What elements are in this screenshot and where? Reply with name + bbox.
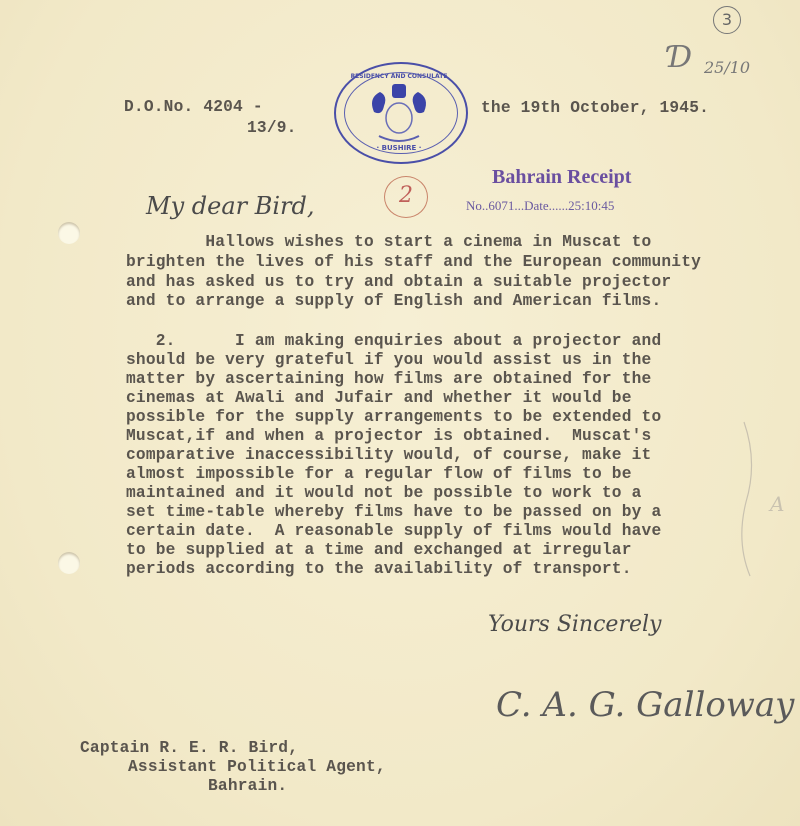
signature: C. A. G. Galloway (496, 685, 794, 725)
reference-number: D.O.No. 4204 - (124, 97, 263, 117)
paragraph-1-line-2: brighten the lives of his staff and the … (126, 252, 701, 272)
receipt-stamp-details: No..6071...Date......25:10:45 (466, 198, 614, 214)
addressee-line-2: Assistant Political Agent, (128, 757, 386, 777)
paragraph-2-line-1: 2. I am making enquiries about a project… (126, 331, 661, 351)
circled-number-2: 2 (384, 176, 428, 218)
paragraph-2-line-12: to be supplied at a time and exchanged a… (126, 540, 632, 560)
paragraph-2-line-9: maintained and it would not be possible … (126, 483, 642, 503)
paragraph-2-line-2: should be very grateful if you would ass… (126, 350, 651, 370)
paragraph-2-line-7: comparative inaccessibility would, of co… (126, 445, 651, 465)
svg-text:· BUSHIRE ·: · BUSHIRE · (377, 144, 422, 152)
punch-hole-top (58, 222, 80, 244)
paragraph-2-line-4: cinemas at Awali and Jufair and whether … (126, 388, 632, 408)
paragraph-2-line-8: almost impossible for a regular flow of … (126, 464, 632, 484)
paragraph-2-line-6: Muscat,if and when a projector is obtain… (126, 426, 651, 446)
paragraph-2-line-5: possible for the supply arrangements to … (126, 407, 661, 427)
letter-page: D.O.No. 4204 - 13/9. · BUSHIRE · RESIDEN… (0, 0, 800, 826)
punch-hole-bottom (58, 552, 80, 574)
salutation: My dear Bird, (146, 192, 315, 220)
margin-bracket-mark (740, 418, 770, 578)
paragraph-2-line-13: periods according to the availability of… (126, 559, 632, 579)
circled-number-3: 3 (713, 6, 741, 34)
consulate-seal: · BUSHIRE · RESIDENCY AND CONSULATE (334, 62, 468, 164)
initials-annotation: Ɗ (668, 40, 692, 75)
margin-mark-a: A (770, 492, 784, 516)
receipt-stamp-title: Bahrain Receipt (492, 166, 631, 189)
initials-date: 25/10 (704, 58, 750, 77)
paragraph-1-line-4: and to arrange a supply of English and A… (126, 291, 661, 311)
reference-file: 13/9. (247, 118, 297, 138)
letter-date: the 19th October, 1945. (481, 98, 709, 118)
paragraph-2-line-11: certain date. A reasonable supply of fil… (126, 521, 661, 541)
paragraph-1-line-3: and has asked us to try and obtain a sui… (126, 272, 671, 292)
addressee-line-3: Bahrain. (208, 776, 287, 796)
paragraph-1-line-1: Hallows wishes to start a cinema in Musc… (126, 232, 651, 252)
paragraph-2-line-10: set time-table whereby films have to be … (126, 502, 661, 522)
royal-coat-of-arms-icon: · BUSHIRE · RESIDENCY AND CONSULATE (334, 62, 464, 160)
closing: Yours Sincerely (488, 612, 661, 637)
paragraph-2-line-3: matter by ascertaining how films are obt… (126, 369, 651, 389)
addressee-line-1: Captain R. E. R. Bird, (80, 738, 298, 758)
svg-text:RESIDENCY AND CONSULATE: RESIDENCY AND CONSULATE (351, 73, 448, 80)
